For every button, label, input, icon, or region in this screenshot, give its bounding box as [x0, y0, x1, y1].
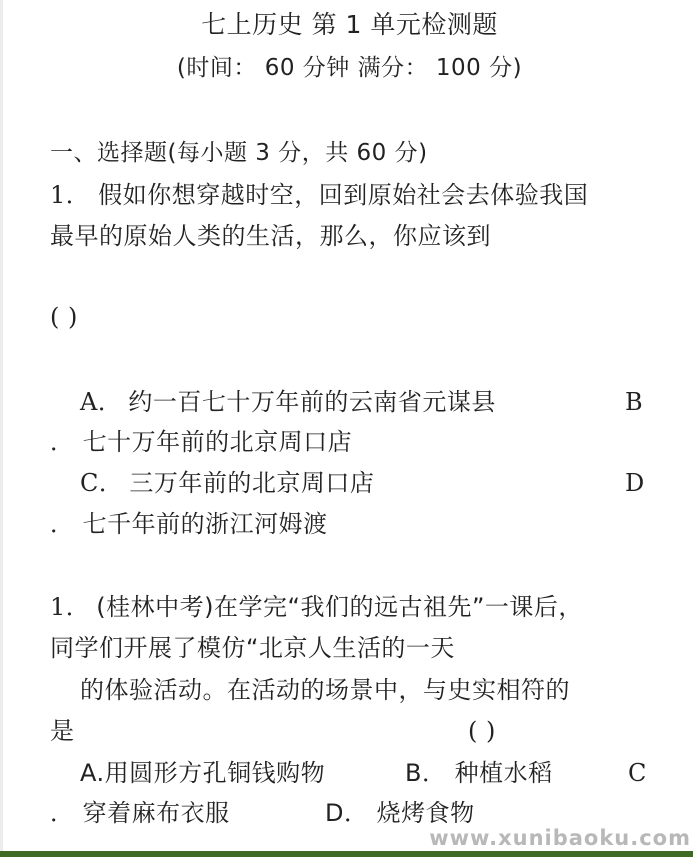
- question-text: 假如你想穿越时空，回到原始社会去体验我国: [98, 181, 588, 209]
- question-2-line-1: 1．(桂林中考)在学完“我们的远古祖先”一课后，: [50, 592, 583, 622]
- section-heading: 一、选择题(每小题 3 分，共 60 分): [50, 138, 428, 168]
- option-b-letter: B: [625, 387, 643, 417]
- question-2-line-4: 是: [50, 716, 75, 746]
- option-c-letter: C: [628, 758, 647, 788]
- option-d-letter: D: [625, 468, 645, 498]
- answer-blank: ( ): [468, 716, 496, 746]
- option-c-text: ． 穿着麻布衣服: [50, 798, 230, 828]
- question-2-line-2: 同学们开展了模仿“北京人生活的一天: [50, 633, 455, 663]
- option-c-letter: C．: [80, 469, 123, 497]
- bottom-bar: [0, 851, 693, 857]
- question-text: (桂林中考)在学完“我们的远古祖先”一课后，: [96, 593, 583, 621]
- option-a: A．约一百七十万年前的云南省元谋县: [80, 387, 496, 417]
- option-b-text: ． 七十万年前的北京周口店: [50, 427, 352, 457]
- question-2-line-3: 的体验活动。在活动的场景中，与史实相符的: [80, 675, 570, 705]
- option-d-text: ． 七千年前的浙江河姆渡: [50, 509, 328, 539]
- question-1-line-1: 1．假如你想穿越时空，回到原始社会去体验我国: [50, 180, 588, 210]
- question-1-line-2: 最早的原始人类的生活，那么，你应该到: [50, 221, 491, 251]
- option-c: C．三万年前的北京周口店: [80, 468, 374, 498]
- option-a: A.用圆形方孔铜钱购物: [80, 758, 325, 788]
- document-subtitle: (时间： 60 分钟 满分： 100 分): [3, 53, 693, 83]
- watermark: www.xunibaoku.com: [429, 826, 691, 850]
- option-d: D． 烧烤食物: [325, 798, 475, 828]
- option-b: B． 种植水稻: [405, 758, 553, 788]
- question-number: 1．: [50, 181, 90, 209]
- option-a-letter: A．: [80, 388, 122, 416]
- document-page: 七上历史 第 1 单元检测题 (时间： 60 分钟 满分： 100 分) 一、选…: [0, 0, 693, 851]
- question-number: 1．: [50, 593, 90, 621]
- document-title: 七上历史 第 1 单元检测题: [3, 10, 693, 40]
- option-a-text: 约一百七十万年前的云南省元谋县: [128, 388, 496, 416]
- option-c-text: 三万年前的北京周口店: [129, 469, 374, 497]
- answer-blank: ( ): [50, 302, 78, 332]
